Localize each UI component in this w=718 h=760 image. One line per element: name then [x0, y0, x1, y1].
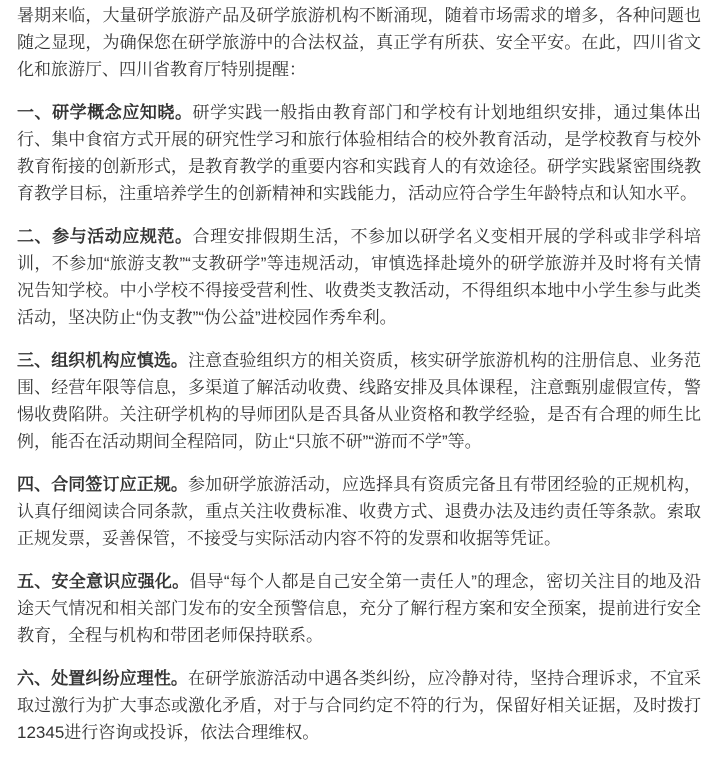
section-6-heading: 六、处置纠纷应理性。 [17, 669, 188, 688]
section-3-organization: 三、组织机构应慎选。注意查验组织方的相关资质，核实研学旅游机构的注册信息、业务范… [17, 347, 701, 455]
section-6-dispute: 六、处置纠纷应理性。在研学旅游活动中遇各类纠纷，应冷静对待，坚持合理诉求，不宜采… [17, 665, 701, 746]
section-4-heading: 四、合同签订应正规。 [17, 475, 188, 494]
notice-page: 暑期来临，大量研学旅游产品及研学旅游机构不断涌现，随着市场需求的增多，各种问题也… [0, 0, 718, 760]
intro-text: 暑期来临，大量研学旅游产品及研学旅游机构不断涌现，随着市场需求的增多，各种问题也… [17, 6, 701, 79]
section-4-contract: 四、合同签订应正规。参加研学旅游活动，应选择具有资质完备且有带团经验的正规机构，… [17, 471, 701, 552]
intro-paragraph: 暑期来临，大量研学旅游产品及研学旅游机构不断涌现，随着市场需求的增多，各种问题也… [17, 2, 701, 83]
section-5-safety: 五、安全意识应强化。倡导“每个人都是自己安全第一责任人”的理念，密切关注目的地及… [17, 568, 701, 649]
notice-document: 暑期来临，大量研学旅游产品及研学旅游机构不断涌现，随着市场需求的增多，各种问题也… [17, 2, 701, 746]
section-5-heading: 五、安全意识应强化。 [17, 572, 189, 591]
section-2-heading: 二、参与活动应规范。 [17, 227, 193, 246]
section-3-heading: 三、组织机构应慎选。 [17, 351, 188, 370]
section-1-concept: 一、研学概念应知晓。研学实践一般指由教育部门和学校有计划地组织安排，通过集体出行… [17, 99, 701, 207]
section-1-heading: 一、研学概念应知晓。 [17, 103, 193, 122]
section-2-participation: 二、参与活动应规范。合理安排假期生活，不参加以研学名义变相开展的学科或非学科培训… [17, 223, 701, 331]
